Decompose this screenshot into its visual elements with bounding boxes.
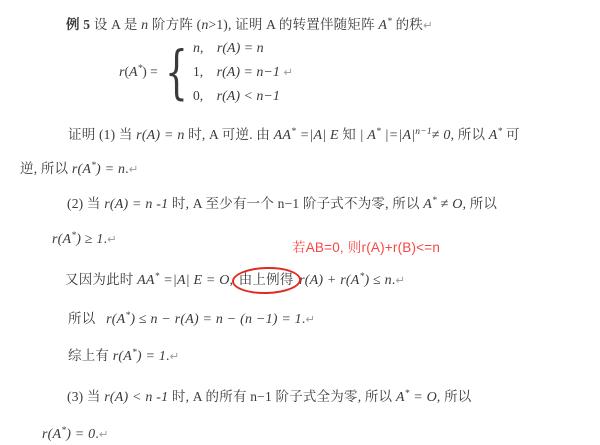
example-title: 例 5 设 A 是 n 阶方阵 (n>1), 证明 A 的转置伴随矩阵 A* 的… <box>66 13 433 35</box>
piecewise-rank-formula: r(A*) = { n, r(A) = n 1, r(A) = n−1 ↵ 0,… <box>119 39 293 105</box>
proof-part2-line2: r(A*) ≥ 1.↵ <box>52 227 117 249</box>
proof-conclusion-rank1: 综上有 r(A*) = 1.↵ <box>68 344 179 366</box>
left-brace-glyph: { <box>165 40 188 104</box>
document-page: 例 5 设 A 是 n 阶方阵 (n>1), 证明 A 的转置伴随矩阵 A* 的… <box>0 0 600 445</box>
proof-part3-line1: (3) 当 r(A) < n -1 时, A 的所有 n−1 阶子式全为零, 所… <box>67 385 471 407</box>
formula-lhs: r(A*) = <box>119 64 161 81</box>
formula-case-rank-0: 0, r(A) < n−1 <box>193 84 293 108</box>
proof-part2-line3-with-circled-phrase: 又因为此时 AA* =|A| E = O, 由上例得 r(A) + r(A*) … <box>65 268 405 290</box>
proof-part2-line1: (2) 当 r(A) = n -1 时, A 至少有一个 n−1 阶子式不为零,… <box>67 192 497 214</box>
formula-case-rank-n: n, r(A) = n <box>193 36 293 60</box>
proof-part2-line4: 所以 r(A*) ≤ n − r(A) = n − (n −1) = 1.↵ <box>68 307 315 329</box>
proof-part1-line1: 证明 (1) 当 r(A) = n 时, A 可逆. 由 AA* =|A| E … <box>68 123 520 145</box>
formula-cases: n, r(A) = n 1, r(A) = n−1 ↵ 0, r(A) < n−… <box>193 36 293 108</box>
red-annotation-note: 若AB=0, 则r(A)+r(B)<=n <box>292 239 440 257</box>
proof-part3-line2: r(A*) = 0.↵ <box>42 422 109 444</box>
formula-case-rank-1: 1, r(A) = n−1 ↵ <box>193 60 293 84</box>
proof-part1-line2: 逆, 所以 r(A*) = n.↵ <box>20 157 139 179</box>
